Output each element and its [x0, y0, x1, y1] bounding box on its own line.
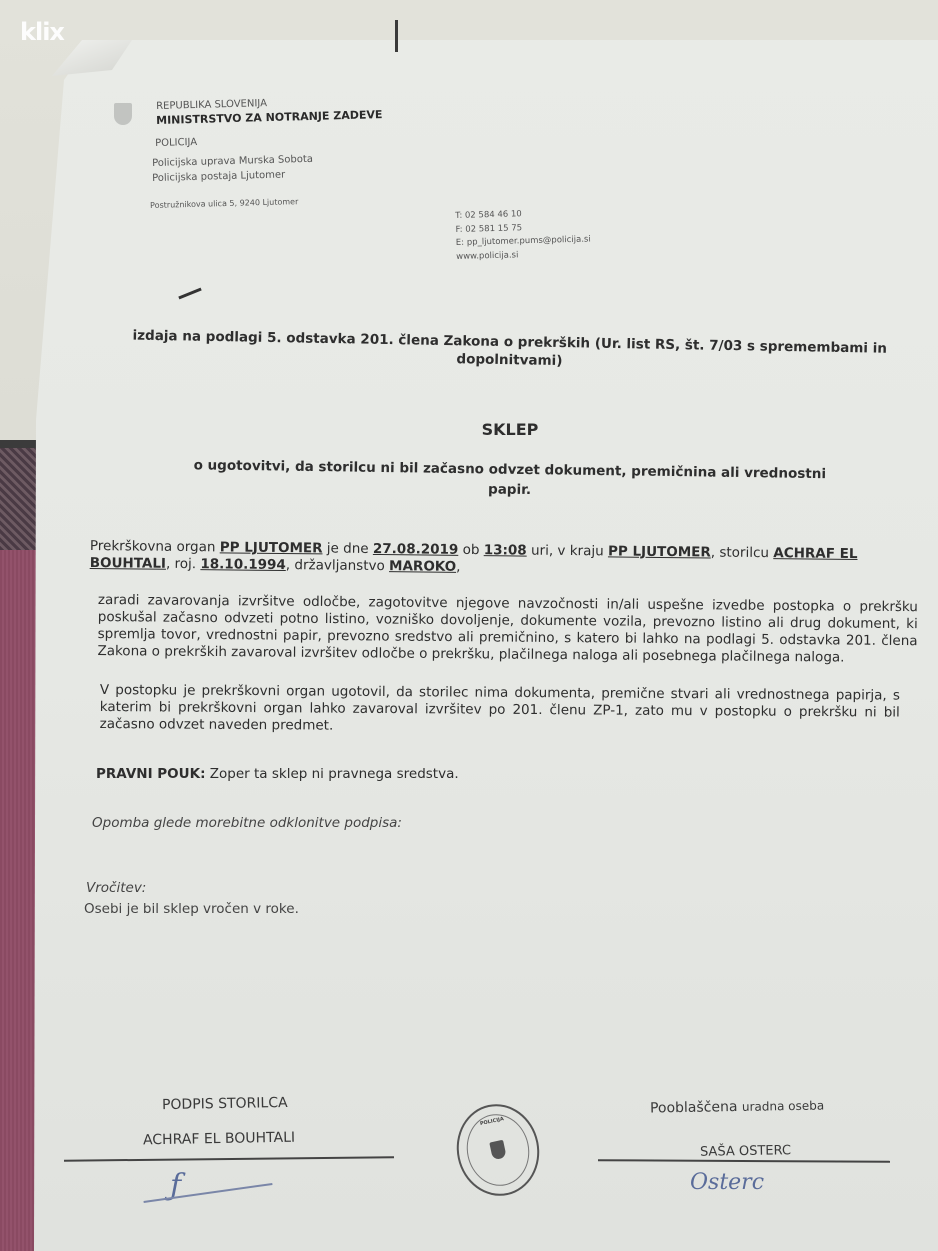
contact-block: T: 02 584 46 10 F: 02 581 15 75 E: pp_lj… [455, 206, 591, 264]
legal-remedy: PRAVNI POUK: Zoper ta sklep ni pravnega … [96, 766, 459, 782]
legal-remedy-label: PRAVNI POUK: [96, 766, 205, 782]
letterhead-police: POLICIJA [155, 137, 197, 149]
text-fragment: , roj. [166, 556, 201, 572]
official-signature-label: Pooblaščena uradna oseba [650, 1097, 824, 1116]
official-label-part: uradna oseba [742, 1098, 824, 1113]
document-title: SKLEP [80, 420, 938, 439]
paragraph-purpose: zaradi zavarovanja izvršitve odločbe, za… [97, 592, 918, 667]
text-fragment: ob [458, 542, 484, 558]
organ-name: PP LJUTOMER [220, 539, 323, 556]
offender-signature-name: ACHRAF EL BOUHTALI [143, 1130, 295, 1149]
offender-citizenship: MAROKO [389, 558, 456, 575]
text-fragment: uri, v kraju [527, 543, 608, 560]
offender-birth-date: 18.10.1994 [200, 556, 286, 573]
paragraph-finding: V postopku je prekrškovni organ ugotovil… [100, 682, 900, 739]
signature-refusal-note: Opomba glede morebitne odklonitve podpis… [92, 815, 402, 831]
text-fragment: , državljanstvo [286, 557, 389, 574]
incident-date: 27.08.2019 [373, 541, 459, 558]
offender-signature-label: PODPIS STORILCA [162, 1095, 288, 1113]
watermark-logo: klix [20, 18, 64, 46]
text-fragment: , storilcu [711, 545, 774, 562]
delivery-label: Vročitev: [86, 880, 146, 896]
official-signature-name: SAŠA OSTERC [700, 1143, 791, 1160]
official-handwritten-signature: Osterc [690, 1170, 764, 1195]
incident-place: PP LJUTOMER [608, 543, 711, 560]
text-fragment: je dne [322, 540, 373, 557]
stamp-crest-icon [489, 1140, 506, 1161]
coat-of-arms-icon [114, 103, 132, 125]
text-fragment: Prekrškovna organ [90, 538, 220, 555]
background-object [0, 440, 36, 448]
text-fragment: , [456, 559, 460, 575]
delivery-text: Osebi je bil sklep vročen v roke. [84, 901, 299, 917]
official-label-part: Pooblaščena [650, 1099, 742, 1117]
incident-time: 13:08 [484, 542, 527, 558]
legal-remedy-text: Zoper ta sklep ni pravnega sredstva. [205, 766, 458, 782]
staple-mark [395, 20, 398, 52]
